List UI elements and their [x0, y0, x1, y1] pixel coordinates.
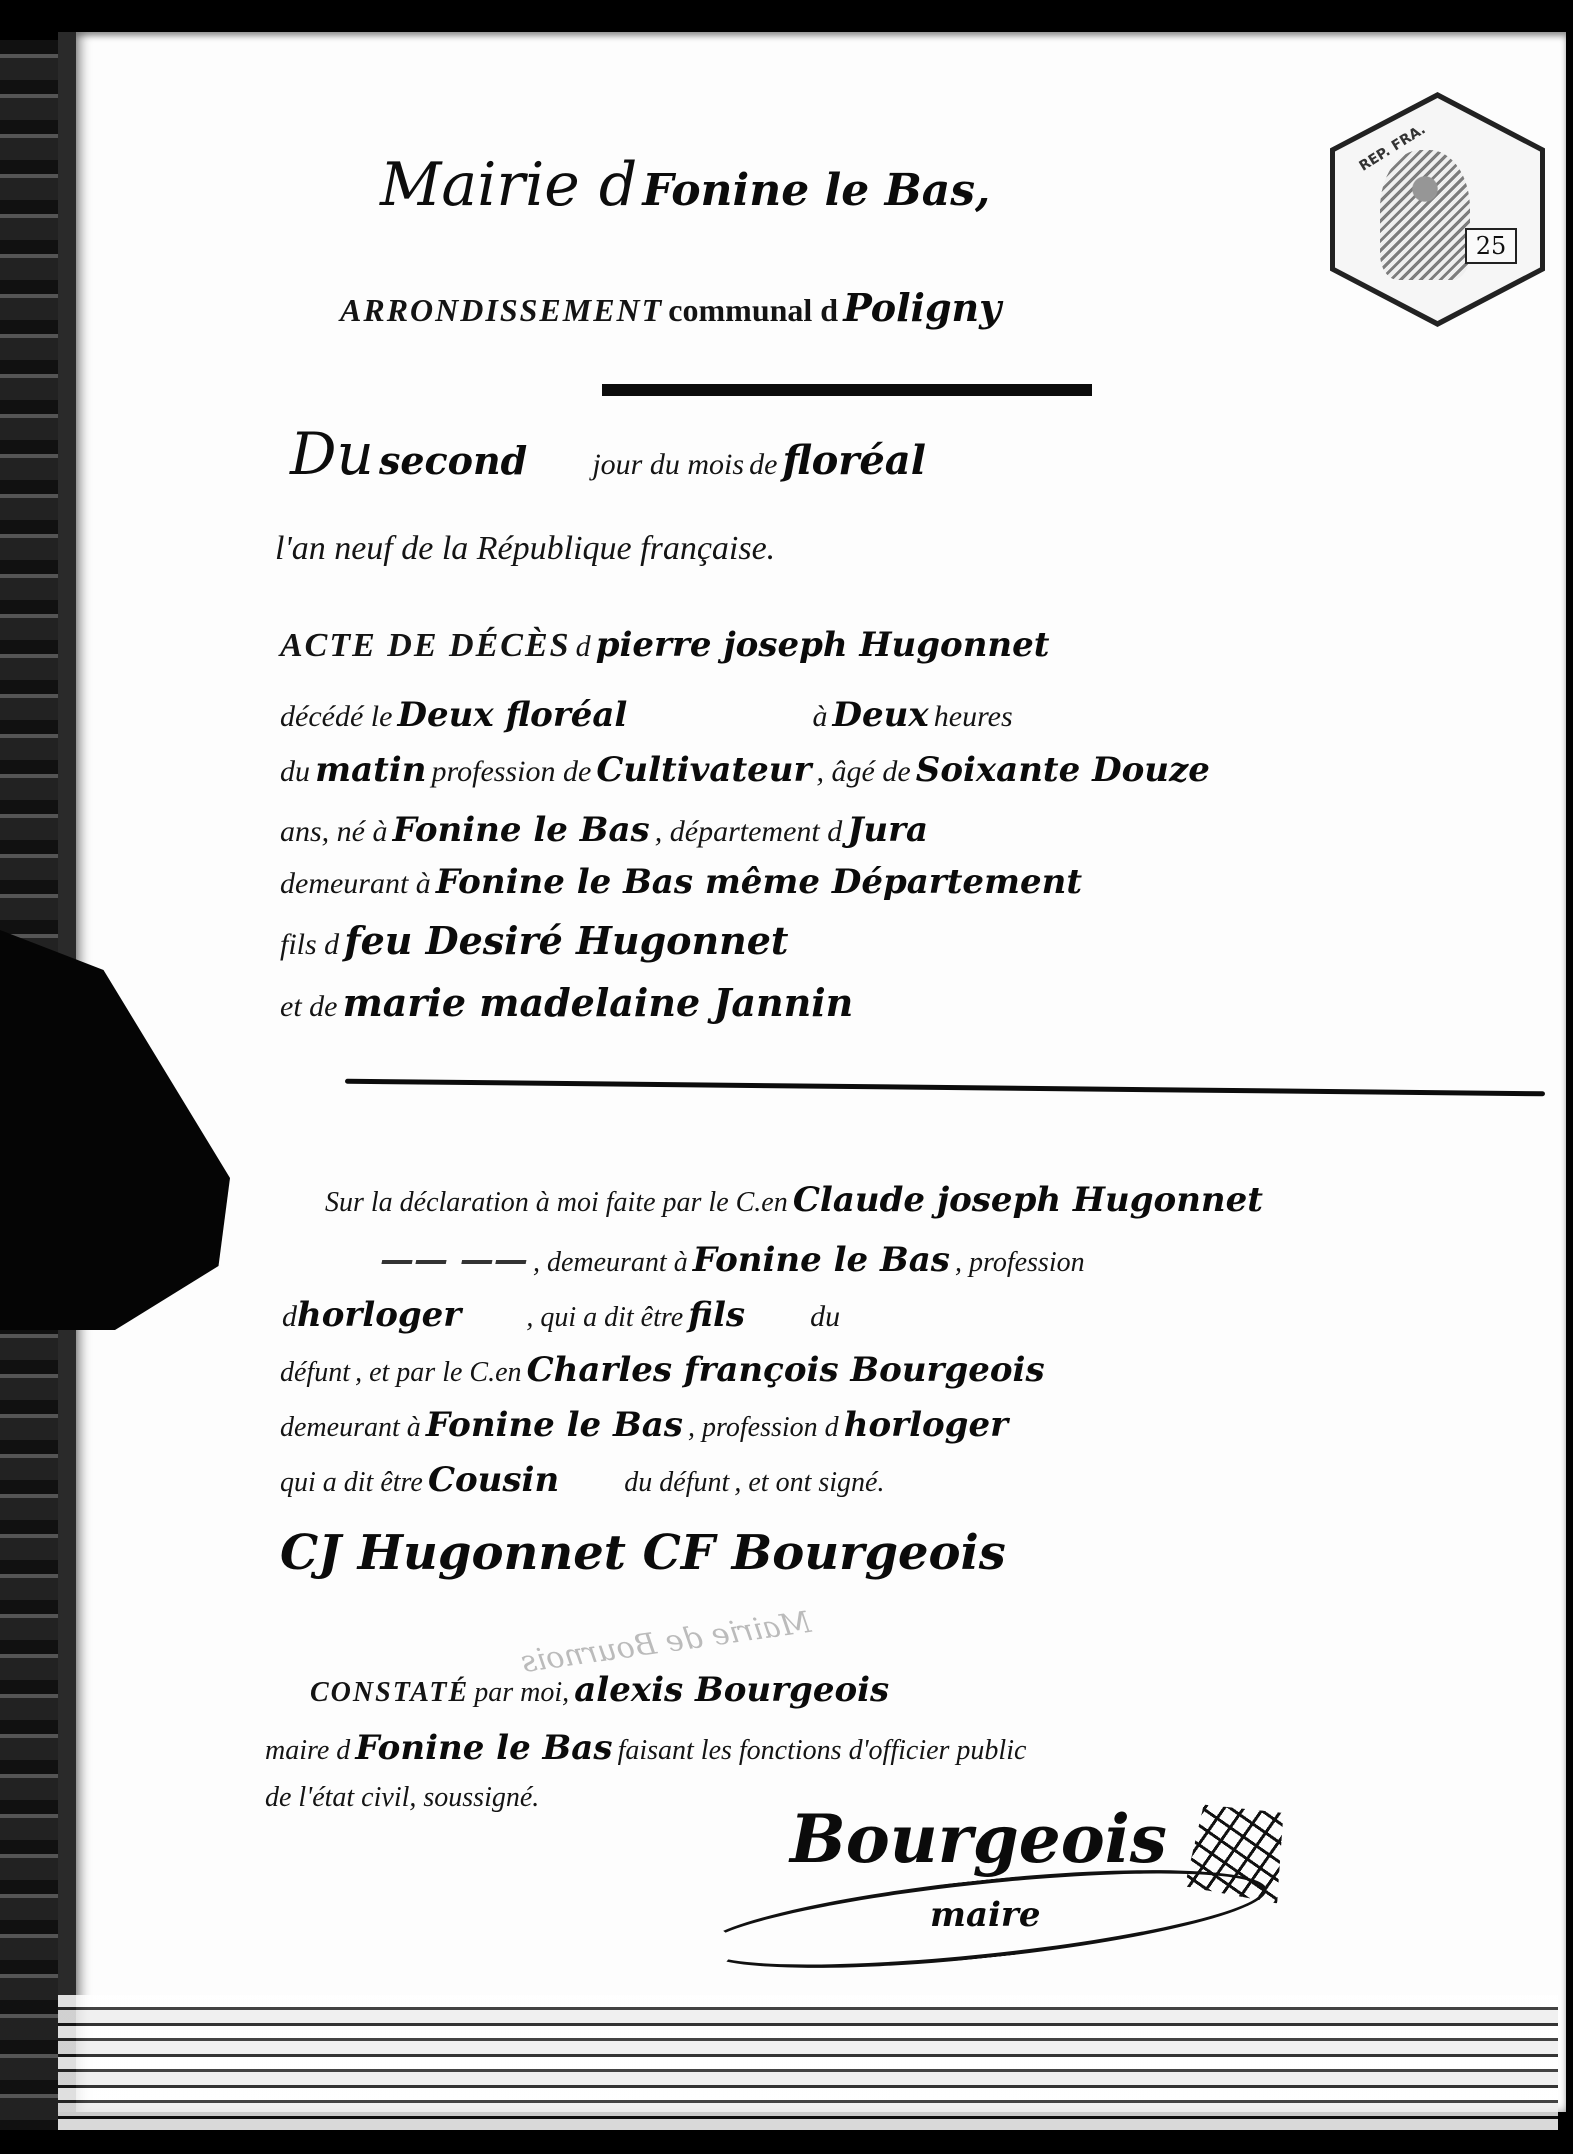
profession-label: profession de: [432, 755, 592, 788]
stamp-value: 25: [1465, 228, 1517, 264]
hour: Deux: [833, 695, 929, 735]
du-defunt-label: du défunt: [624, 1467, 729, 1498]
demeurant2-label: demeurant à: [280, 1412, 421, 1443]
qui-a-dit2-label: qui a dit être: [280, 1467, 423, 1498]
time-of-day: matin: [315, 750, 426, 790]
mayor-signature: Bourgeois: [790, 1800, 1167, 1878]
et-de-label: et de: [280, 990, 337, 1023]
et-par-label: , et par le C.en: [355, 1357, 521, 1388]
declaration-intro: Sur la déclaration à moi faite par le C.…: [325, 1187, 788, 1218]
declarant2-relation-line: qui a dit être Cousin du défunt , et ont…: [280, 1460, 884, 1500]
of-label: d: [576, 630, 591, 663]
date-line: Du second jour du mois de floréal: [290, 420, 926, 488]
profession2-label: , profession d: [688, 1412, 839, 1443]
constat-title: CONSTATÉ: [310, 1677, 469, 1708]
du-prefix: Du: [290, 420, 374, 488]
declarant1-residence-line: —— —— , demeurant à Fonine le Bas , prof…: [380, 1240, 1085, 1280]
decede-label: décédé le: [280, 700, 392, 733]
arrondissement-label: ARRONDISSEMENT: [340, 292, 663, 328]
mother: marie madelaine Jannin: [343, 980, 854, 1025]
year-line: l'an neuf de la République française.: [275, 530, 775, 568]
jour-label: jour du mois: [592, 448, 744, 481]
demeurant1-label: , demeurant à: [533, 1247, 688, 1278]
par-moi-label: par moi,: [474, 1677, 569, 1708]
declarant1-profession: horloger: [297, 1295, 461, 1335]
seated-liberty-figure-icon: [1380, 150, 1470, 280]
mother-line: et de marie madelaine Jannin: [280, 980, 853, 1025]
declarant1-relation-line: dhorloger , qui a dit être fils du: [282, 1295, 840, 1335]
maire-line: maire d Fonine le Bas faisant les foncti…: [265, 1728, 1026, 1768]
residence: Fonine le Bas même Département: [436, 862, 1082, 902]
birthplace: Fonine le Bas: [393, 810, 650, 850]
departement: Jura: [847, 810, 928, 850]
ont-signe-label: , et ont signé.: [734, 1467, 884, 1498]
day-handwritten: second: [379, 438, 527, 483]
declarant2-name: Charles françois Bourgeois: [527, 1350, 1045, 1390]
declarant2-relation: Cousin: [428, 1460, 559, 1500]
header-rule: [602, 384, 1092, 396]
etat-civil-label: de l'état civil, soussigné.: [265, 1782, 539, 1814]
de-label: de: [749, 448, 777, 481]
profession: Cultivateur: [596, 750, 811, 790]
deceased-name: pierre joseph Hugonnet: [596, 625, 1050, 665]
departement-label: , département d: [655, 815, 842, 848]
scan-border-bottom: [0, 2130, 1573, 2154]
constat-line: CONSTATÉ par moi, alexis Bourgeois: [310, 1670, 889, 1710]
du-label-2: du: [810, 1300, 840, 1333]
profession-line: du matin profession de Cultivateur , âgé…: [280, 750, 1210, 790]
arrondissement-line: ARRONDISSEMENT communal d Poligny: [340, 285, 1001, 330]
declarant1-name: Claude joseph Hugonnet: [793, 1180, 1263, 1220]
acte-title-line: ACTE DE DÉCÈS d pierre joseph Hugonnet: [280, 625, 1050, 665]
mairie-prefix: Mairie d: [380, 150, 637, 220]
father: feu Desiré Hugonnet: [344, 918, 788, 963]
officer-name: alexis Bourgeois: [574, 1670, 889, 1710]
father-line: fils d feu Desiré Hugonnet: [280, 918, 788, 963]
qui-a-dit-label: , qui a dit être: [526, 1302, 683, 1333]
acte-title: ACTE DE DÉCÈS: [280, 627, 571, 664]
commune-handwritten: Fonine le Bas: [642, 165, 975, 216]
heures-label: heures: [934, 700, 1013, 733]
a-label: à: [812, 700, 827, 733]
d-label: d: [282, 1300, 297, 1333]
declaration-intro-line: Sur la déclaration à moi faite par le C.…: [325, 1180, 1263, 1220]
birthplace-line: ans, né à Fonine le Bas , département d …: [280, 810, 928, 850]
month-handwritten: floréal: [783, 437, 926, 484]
mairie-line: Mairie d Fonine le Bas,: [380, 150, 990, 220]
declarant1-residence: Fonine le Bas: [693, 1240, 950, 1280]
communal-label: communal d: [668, 292, 838, 328]
mayor-title: maire: [930, 1895, 1040, 1935]
age: Soixante Douze: [916, 750, 1210, 790]
maire-label: maire d: [265, 1735, 350, 1766]
arrondissement-handwritten: Poligny: [843, 285, 1001, 330]
declarant-signatures: CJ Hugonnet CF Bourgeois: [280, 1525, 1006, 1581]
declarant2-residence-line: demeurant à Fonine le Bas , profession d…: [280, 1405, 1008, 1445]
declarant2-residence: Fonine le Bas: [426, 1405, 683, 1445]
profession1-label: , profession: [955, 1247, 1085, 1278]
fils-label: fils d: [280, 928, 339, 961]
declarant1-relation: fils: [688, 1295, 745, 1335]
constat-commune: Fonine le Bas: [355, 1728, 612, 1768]
defunt-label: défunt: [280, 1357, 350, 1388]
du-label: du: [280, 755, 310, 788]
age-label: , âgé de: [817, 755, 911, 788]
fonctions-label: faisant les fonctions d'officier public: [618, 1735, 1027, 1766]
demeurant-label: demeurant à: [280, 867, 431, 900]
ans-label: ans, né à: [280, 815, 388, 848]
declarant2-profession: horloger: [844, 1405, 1008, 1445]
residence-line: demeurant à Fonine le Bas même Départeme…: [280, 862, 1082, 902]
death-date: Deux floréal: [398, 695, 628, 735]
death-date-line: décédé le Deux floréal à Deux heures: [280, 695, 1013, 735]
declarant2-line: défunt , et par le C.en Charles françois…: [280, 1350, 1045, 1390]
